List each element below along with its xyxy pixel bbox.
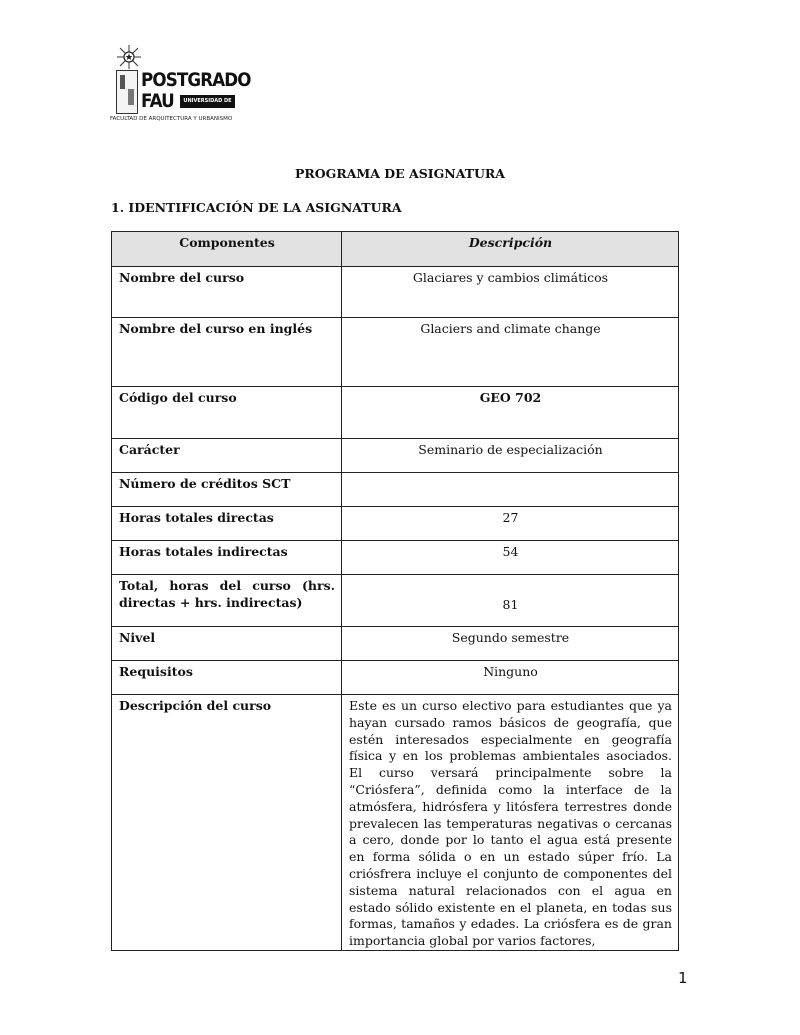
table-row: Nombre del curso Glaciares y cambios cli… (112, 267, 679, 318)
table-row: Nombre del curso en inglés Glaciers and … (112, 318, 679, 387)
table-row: Horas totales indirectas 54 (112, 541, 679, 575)
table-row: Total, horas del curso (hrs. directas + … (112, 575, 679, 627)
row-value: 54 (342, 541, 679, 575)
row-value (342, 473, 679, 507)
row-label: Nivel (112, 627, 342, 661)
row-label: Número de créditos SCT (112, 473, 342, 507)
header-description: Descripción (342, 232, 679, 267)
row-value: GEO 702 (342, 387, 679, 439)
table-header-row: Componentes Descripción (112, 232, 679, 267)
row-value: Segundo semestre (342, 627, 679, 661)
row-label: Descripción del curso (112, 695, 342, 951)
page-number: 1 (678, 969, 688, 987)
logo-university: UNIVERSIDAD DE CHILE (180, 95, 235, 108)
row-value: 81 (342, 575, 679, 627)
logo-subtitle: FAU (141, 92, 174, 111)
table-row: Número de créditos SCT (112, 473, 679, 507)
row-label: Horas totales directas (112, 507, 342, 541)
row-value: 27 (342, 507, 679, 541)
row-value: Glaciares y cambios climáticos (342, 267, 679, 318)
section-title: 1. IDENTIFICACIÓN DE LA ASIGNATURA (111, 200, 402, 215)
header-components: Componentes (112, 232, 342, 267)
row-label: Total, horas del curso (hrs. directas + … (112, 575, 342, 627)
row-label: Horas totales indirectas (112, 541, 342, 575)
row-value: Glaciers and climate change (342, 318, 679, 387)
identification-table: Componentes Descripción Nombre del curso… (111, 231, 679, 951)
table-row: Horas totales directas 27 (112, 507, 679, 541)
row-value: Ninguno (342, 661, 679, 695)
logo-faculty: FACULTAD DE ARQUITECTURA Y URBANISMO (110, 116, 232, 122)
table-row: Código del curso GEO 702 (112, 387, 679, 439)
document-title: PROGRAMA DE ASIGNATURA (0, 166, 800, 181)
university-shield-icon (116, 70, 138, 114)
row-label: Carácter (112, 439, 342, 473)
row-value: Seminario de especialización (342, 439, 679, 473)
table-row: Carácter Seminario de especialización (112, 439, 679, 473)
logo-title: POSTGRADO (141, 71, 251, 90)
row-label: Código del curso (112, 387, 342, 439)
row-label: Requisitos (112, 661, 342, 695)
table-row: Nivel Segundo semestre (112, 627, 679, 661)
table-row: Descripción del curso Este es un curso e… (112, 695, 679, 951)
postgrado-fau-logo: POSTGRADO FAU UNIVERSIDAD DE CHILE FACUL… (110, 44, 240, 126)
course-description-text: Este es un curso electivo para estudiant… (342, 695, 679, 951)
row-label: Nombre del curso (112, 267, 342, 318)
sun-emblem-icon (116, 44, 142, 70)
row-label: Nombre del curso en inglés (112, 318, 342, 387)
table-row: Requisitos Ninguno (112, 661, 679, 695)
